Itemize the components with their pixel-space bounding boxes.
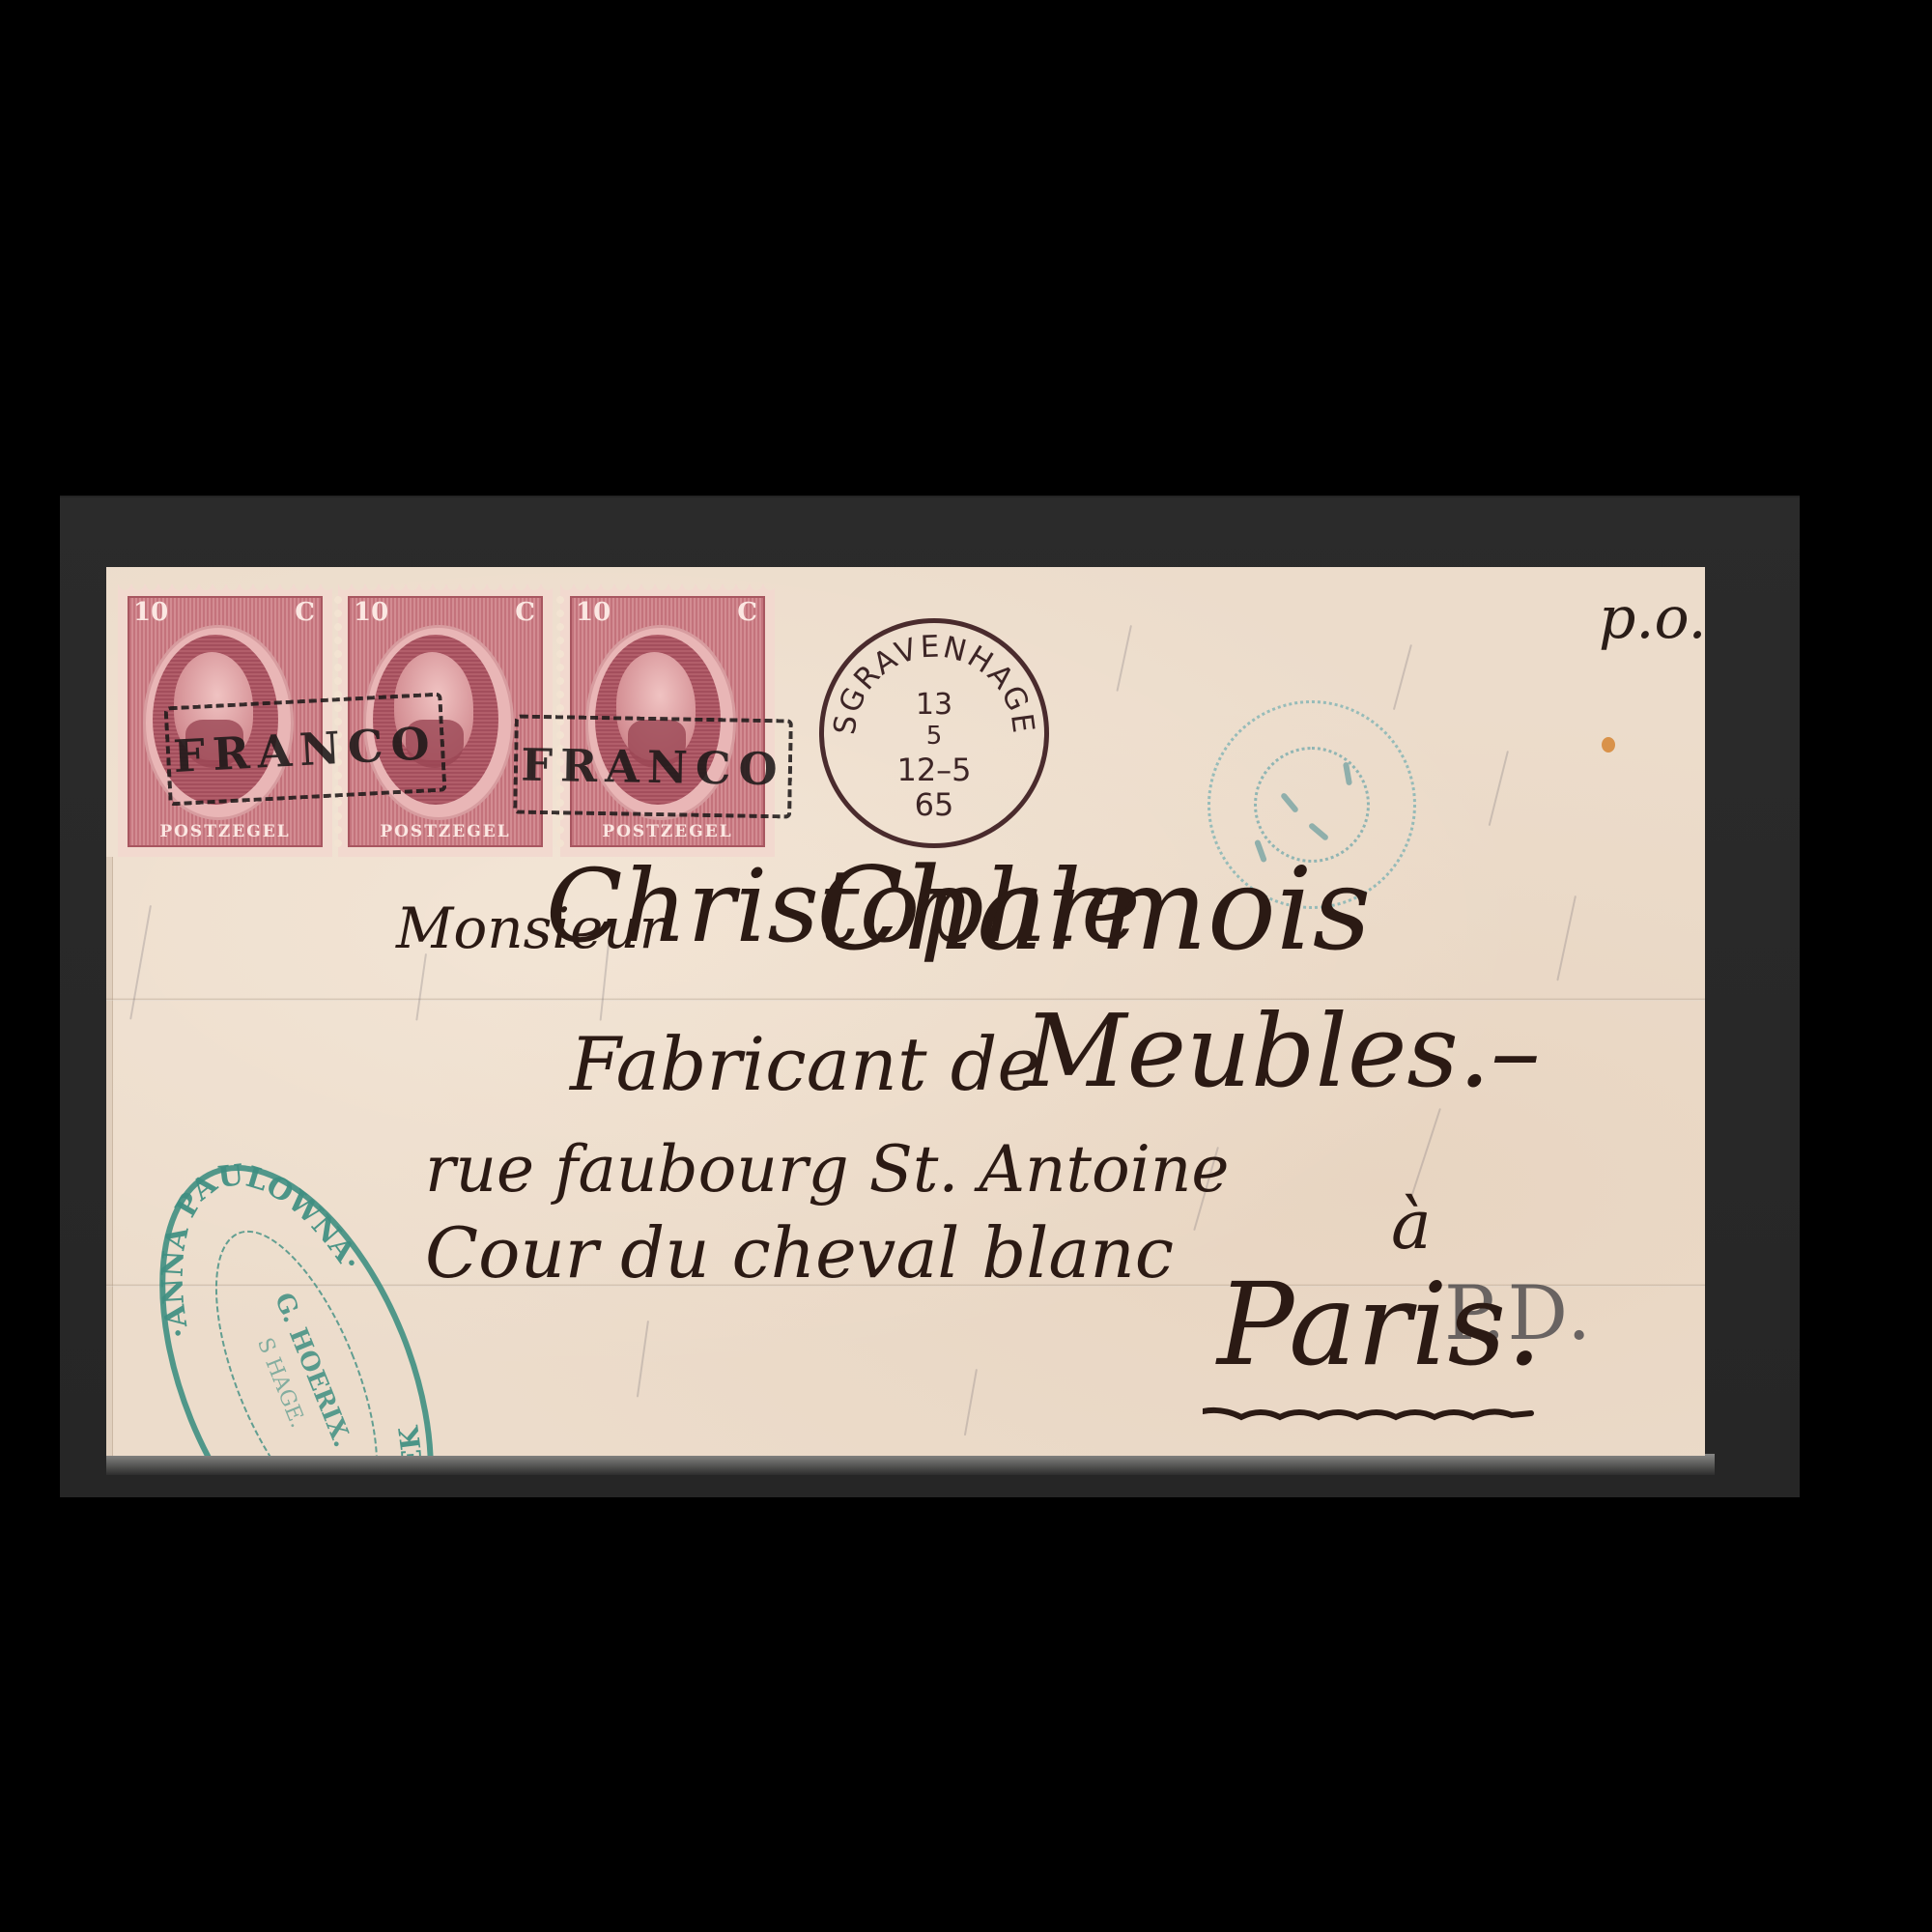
address-street: rue faubourg St. Antoine <box>425 1132 1229 1207</box>
pencil-stroke <box>964 1369 978 1435</box>
pencil-stroke <box>415 953 427 1021</box>
postmark-month: 5 <box>824 724 1044 749</box>
stamp-inscription: POSTZEGEL <box>118 822 332 841</box>
pencil-stroke <box>1116 625 1132 692</box>
protective-sleeve-edge <box>106 1454 1715 1475</box>
address-last-name: Charmois <box>816 842 1371 976</box>
franco-handstamp: FRANCO <box>513 714 793 818</box>
stamp-unit: C <box>515 598 535 627</box>
address-occupation-prefix: Fabricant de <box>570 1021 1040 1107</box>
stamp-inscription: POSTZEGEL <box>560 822 775 841</box>
foxing-spot <box>1602 737 1615 753</box>
stamp-value: 10 <box>133 598 168 627</box>
letter-flap-edge <box>106 857 113 1456</box>
manuscript-po: p.o. <box>1599 584 1705 652</box>
stamp-value: 10 <box>576 598 611 627</box>
svg-text:·ANNA PAULOWNA·: ·ANNA PAULOWNA· <box>108 1122 370 1348</box>
pencil-stroke <box>1393 644 1412 710</box>
address-occupation: Meubles.– <box>1024 992 1541 1110</box>
stamp-inscription: POSTZEGEL <box>338 822 553 841</box>
pencil-stroke <box>637 1321 649 1397</box>
address-preposition: à <box>1391 1185 1432 1264</box>
pencil-stroke <box>1489 751 1509 826</box>
address-city: Paris. <box>1217 1258 1543 1391</box>
stamp-unit: C <box>295 598 315 627</box>
stamp-value: 10 <box>354 598 388 627</box>
postmark-year: 65 <box>824 789 1044 820</box>
address-court: Cour du cheval blanc <box>425 1212 1174 1293</box>
city-underline-flourish <box>1203 1406 1560 1423</box>
postmark-day: 13 <box>824 691 1044 720</box>
mat-edge <box>60 496 1800 497</box>
pencil-stroke <box>129 905 152 1020</box>
stamp-unit: C <box>737 598 757 627</box>
postmark-time: 12–5 <box>824 754 1044 785</box>
postal-cover: 10 C POSTZEGEL 10 C POSTZEGEL 10 C POSTZ… <box>106 567 1705 1456</box>
pencil-stroke <box>1556 895 1577 980</box>
franco-handstamp: FRANCO <box>164 693 447 807</box>
sgravenhage-postmark: SGRAVENHAGE 13 5 12–5 65 <box>819 618 1049 848</box>
